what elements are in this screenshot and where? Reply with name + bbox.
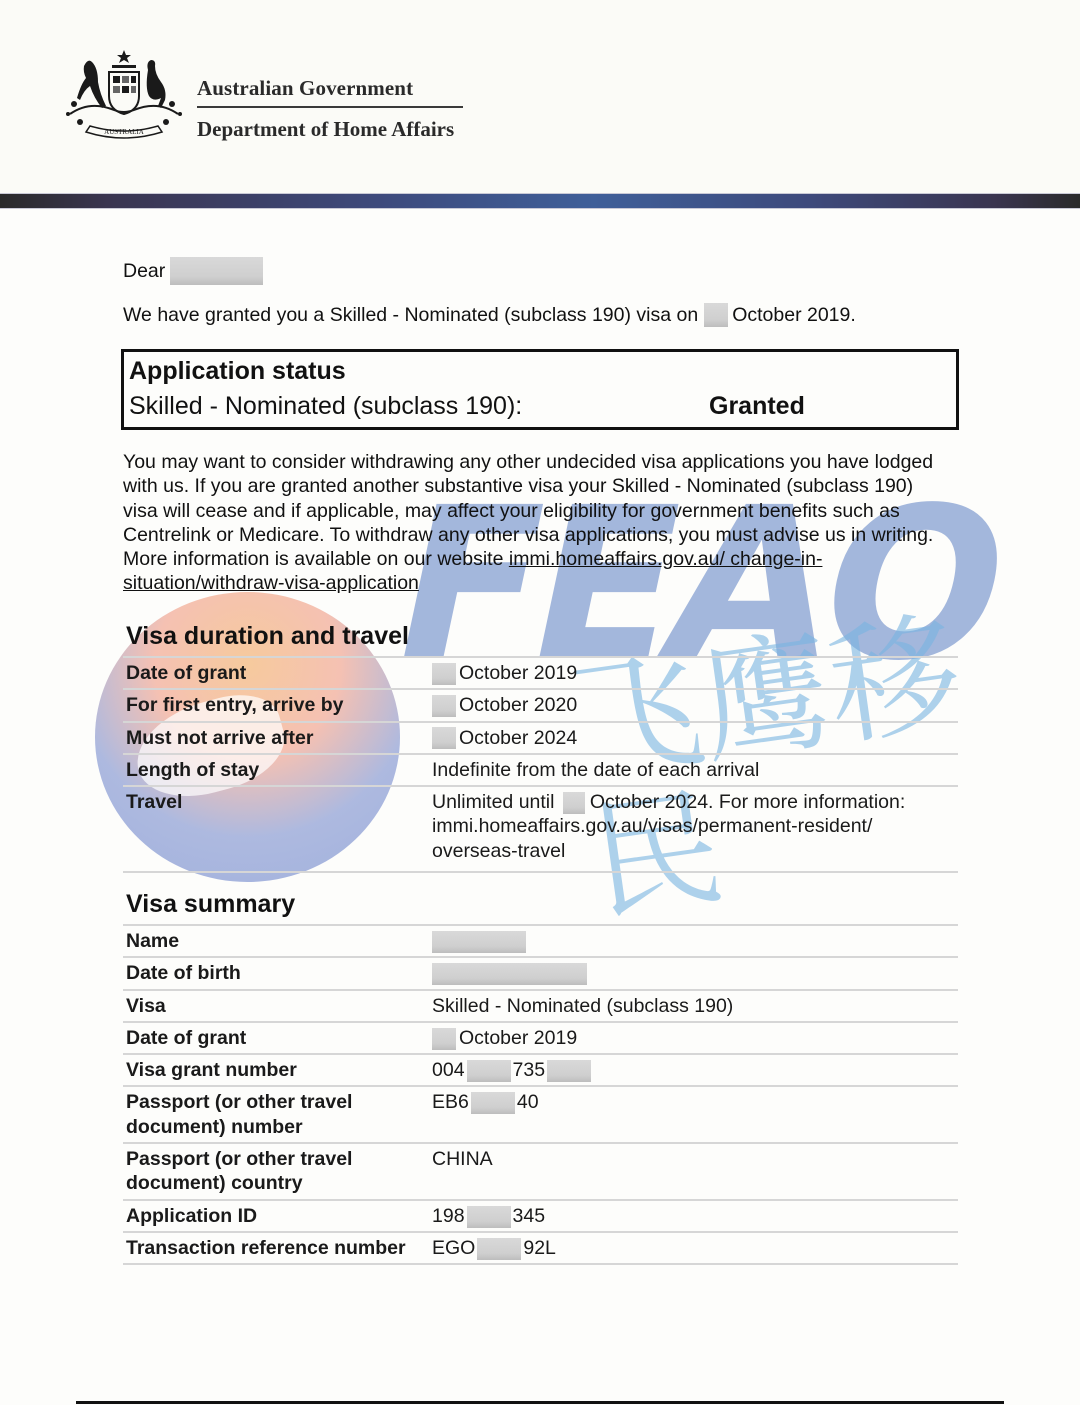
row-label: Must not arrive after <box>123 726 432 750</box>
row-label: For first entry, arrive by <box>123 693 432 717</box>
table-row: Date of grantOctober 2019 <box>123 1023 958 1055</box>
header-band <box>0 193 1080 209</box>
table-row: Date of grantOctober 2019 <box>123 658 958 690</box>
table-row: Visa grant number004735 <box>123 1055 958 1087</box>
table-row: Name <box>123 926 958 958</box>
value-text: October 2019 <box>459 662 577 684</box>
footer-rule <box>76 1401 1004 1404</box>
redacted-name <box>170 257 263 285</box>
redacted-value <box>547 1060 591 1082</box>
row-value: 004735 <box>432 1058 958 1082</box>
withdraw-notice: You may want to consider withdrawing any… <box>123 450 953 596</box>
table-row: Transaction reference numberEGO92L <box>123 1233 958 1265</box>
letterhead: AUSTRALIA Australian Government Departme… <box>0 0 1080 193</box>
duration-table: Date of grantOctober 2019For first entry… <box>123 656 958 873</box>
redacted-value <box>563 792 585 814</box>
row-label: Length of stay <box>123 758 432 782</box>
table-row: TravelUnlimited until October 2024. For … <box>123 787 958 873</box>
status-title: Application status <box>129 354 951 388</box>
table-row: Passport (or other travel document) coun… <box>123 1144 958 1201</box>
table-row: Passport (or other travel document) numb… <box>123 1087 958 1144</box>
row-value: October 2024 <box>432 726 958 750</box>
row-value: October 2020 <box>432 693 958 717</box>
value-part: 735 <box>513 1059 546 1081</box>
value-text: October 2019 <box>459 1027 577 1049</box>
value-part: 40 <box>517 1091 539 1113</box>
row-label: Passport (or other travel document) coun… <box>123 1147 432 1196</box>
row-label: Date of grant <box>123 1026 432 1050</box>
row-label: Date of grant <box>123 661 432 685</box>
value-part: 004 <box>432 1059 465 1081</box>
value-part: 345 <box>513 1205 546 1227</box>
value-part: 198 <box>432 1205 465 1227</box>
table-row: For first entry, arrive byOctober 2020 <box>123 690 958 722</box>
value-text: Skilled - Nominated (subclass 190) <box>432 995 733 1017</box>
value-part: EGO <box>432 1237 475 1259</box>
redacted-value <box>467 1206 511 1228</box>
row-value: 198345 <box>432 1204 958 1228</box>
salutation: Dear <box>123 257 263 285</box>
grant-sentence-prefix: We have granted you a Skilled - Nominate… <box>123 304 698 327</box>
summary-table: NameDate of birthVisaSkilled - Nominated… <box>123 924 958 1265</box>
redacted-day <box>704 303 728 327</box>
grant-sentence: We have granted you a Skilled - Nominate… <box>123 303 856 327</box>
row-value: October 2019 <box>432 661 958 685</box>
status-badge: Granted <box>709 388 805 424</box>
agency-divider <box>197 106 463 108</box>
svg-text:AUSTRALIA: AUSTRALIA <box>104 128 144 136</box>
row-value <box>432 961 958 985</box>
row-value: EB640 <box>432 1090 958 1139</box>
table-row: VisaSkilled - Nominated (subclass 190) <box>123 991 958 1023</box>
summary-section-title: Visa summary <box>126 890 295 919</box>
duration-section-title: Visa duration and travel <box>126 622 409 651</box>
value-text: October 2020 <box>459 694 577 716</box>
application-status-box: Application status Skilled - Nominated (… <box>121 349 959 430</box>
table-row: Length of stayIndefinite from the date o… <box>123 755 958 787</box>
redacted-value <box>432 1028 456 1050</box>
row-label: Passport (or other travel document) numb… <box>123 1090 432 1139</box>
status-visa-label: Skilled - Nominated (subclass 190): <box>129 392 522 420</box>
redacted-value <box>432 727 456 749</box>
row-value: Indefinite from the date of each arrival <box>432 758 958 782</box>
redacted-value <box>471 1092 515 1114</box>
government-name: Australian Government <box>197 74 463 102</box>
table-row: Date of birth <box>123 958 958 990</box>
row-label: Travel <box>123 790 432 863</box>
value-text: Indefinite from the date of each arrival <box>432 759 759 781</box>
row-value: Skilled - Nominated (subclass 190) <box>432 994 958 1018</box>
redacted-value <box>477 1238 521 1260</box>
agency-name: Australian Government Department of Home… <box>197 74 463 142</box>
value-part: 92L <box>523 1237 556 1259</box>
row-value: Unlimited until October 2024. For more i… <box>432 790 958 863</box>
row-value: October 2019 <box>432 1026 958 1050</box>
row-label: Transaction reference number <box>123 1236 432 1260</box>
salutation-text: Dear <box>123 260 165 283</box>
table-row: Application ID198345 <box>123 1201 958 1233</box>
value-text: CHINA <box>432 1148 493 1170</box>
row-value: CHINA <box>432 1147 958 1196</box>
status-row: Skilled - Nominated (subclass 190): Gran… <box>129 388 951 424</box>
row-value: EGO92L <box>432 1236 958 1260</box>
department-name: Department of Home Affairs <box>197 116 463 142</box>
value-text: October 2024 <box>459 727 577 749</box>
row-label: Visa <box>123 994 432 1018</box>
redacted-value <box>432 695 456 717</box>
australian-coat-of-arms-icon: AUSTRALIA <box>60 48 188 144</box>
value-part: EB6 <box>432 1091 469 1113</box>
row-label: Application ID <box>123 1204 432 1228</box>
grant-sentence-suffix: October 2019. <box>732 304 856 327</box>
row-label: Name <box>123 929 432 953</box>
redacted-value <box>467 1060 511 1082</box>
row-label: Date of birth <box>123 961 432 985</box>
redacted-value <box>432 963 587 985</box>
row-value <box>432 929 958 953</box>
table-row: Must not arrive afterOctober 2024 <box>123 723 958 755</box>
row-label: Visa grant number <box>123 1058 432 1082</box>
value-prefix: Unlimited until <box>432 791 560 813</box>
redacted-value <box>432 931 526 953</box>
redacted-value <box>432 663 456 685</box>
